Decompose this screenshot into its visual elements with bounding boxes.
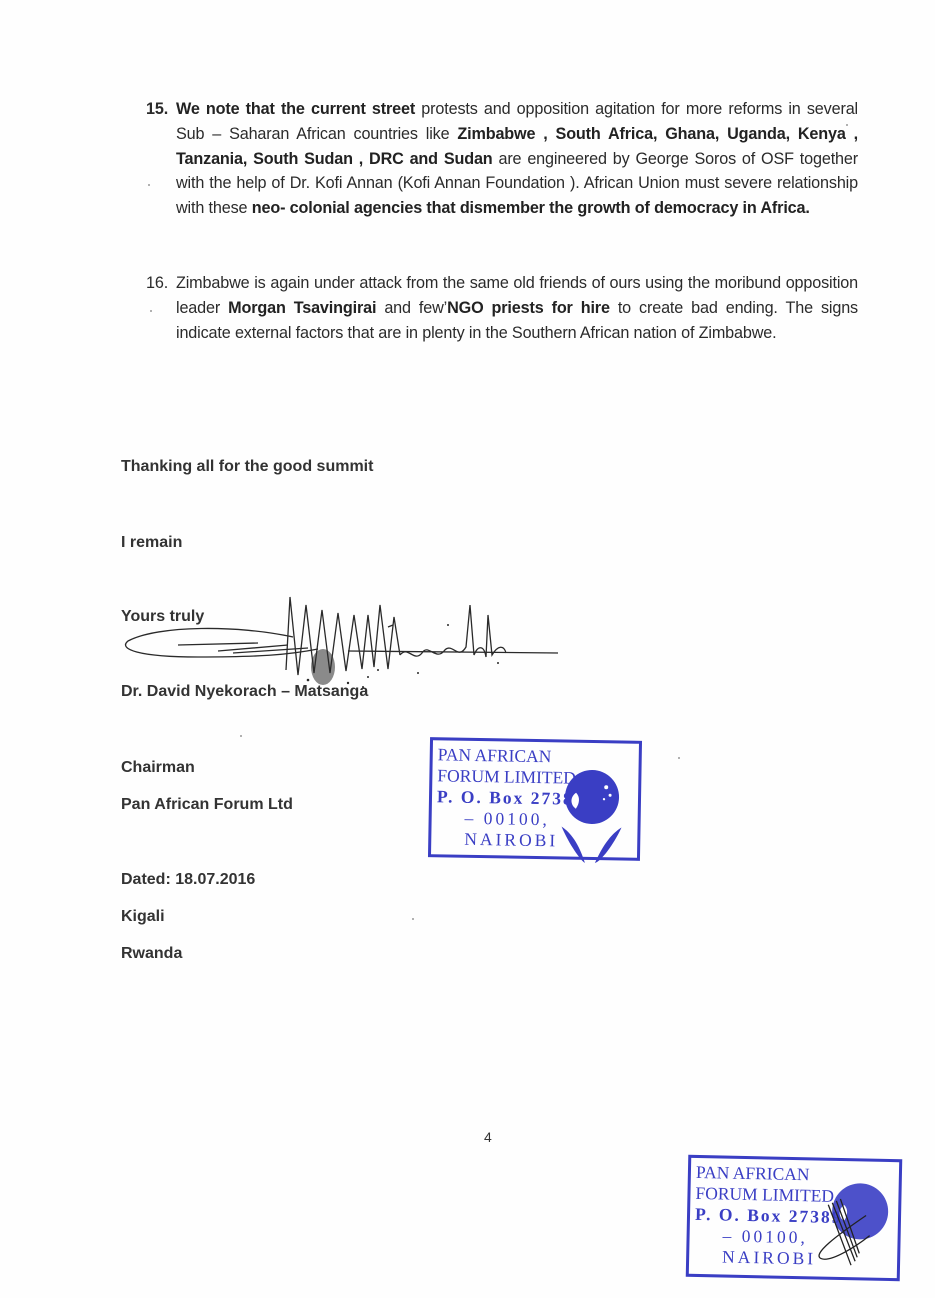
- signer-title: Chairman: [121, 759, 195, 777]
- paragraph-body: We note that the current street protests…: [176, 97, 858, 221]
- scan-speck: [240, 735, 242, 737]
- date-line: Dated: 18.07.2016: [121, 871, 255, 889]
- scan-speck: [846, 124, 848, 126]
- globe-logo-with-initials-icon: [817, 1175, 897, 1277]
- location-city: Kigali: [121, 908, 165, 926]
- signer-name: Dr. David Nyekorach – Matsanga: [121, 683, 368, 701]
- handwritten-signature: [118, 585, 568, 695]
- organization-stamp: PAN AFRICAN FORUM LIMITED P. O. Box 2738…: [428, 737, 642, 861]
- scan-speck: [678, 757, 680, 759]
- scan-speck: [148, 184, 150, 186]
- paragraph-number: 16.: [146, 271, 168, 296]
- paragraph-number: 15.: [146, 97, 168, 122]
- paragraph-body: Zimbabwe is again under attack from the …: [176, 271, 858, 345]
- bold-text-run: NGO priests for hire: [447, 299, 610, 317]
- numbered-paragraph-15: 15. We note that the current street prot…: [146, 97, 858, 221]
- closing-remain: I remain: [121, 534, 182, 552]
- bold-text-run: We note that the current street: [176, 100, 415, 118]
- document-page: 15. We note that the current street prot…: [0, 0, 935, 1298]
- globe-hands-logo-icon: [551, 764, 631, 865]
- text-run: and few’: [376, 299, 447, 317]
- scan-speck: [412, 918, 414, 920]
- organization-stamp-footer: PAN AFRICAN FORUM LIMITED P. O. Box 2738…: [686, 1155, 903, 1281]
- bold-text-run: neo- colonial agencies that dismember th…: [252, 199, 810, 217]
- location-country: Rwanda: [121, 945, 182, 963]
- page-number: 4: [484, 1129, 492, 1145]
- bold-text-run: Morgan Tsavingirai: [228, 299, 376, 317]
- scan-speck: [150, 310, 152, 312]
- numbered-paragraph-16: 16. Zimbabwe is again under attack from …: [146, 271, 858, 345]
- closing-thanks: Thanking all for the good summit: [121, 458, 373, 476]
- signer-organization: Pan African Forum Ltd: [121, 796, 293, 814]
